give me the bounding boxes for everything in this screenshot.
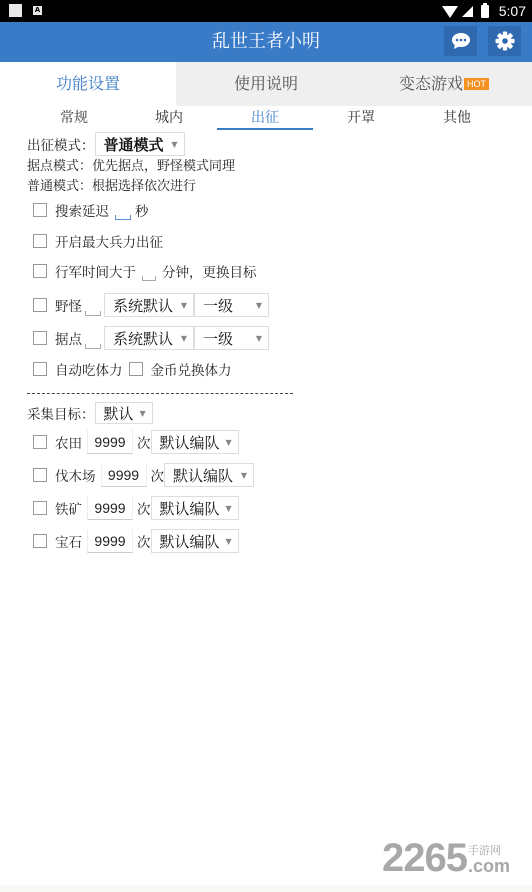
chat-button[interactable]: [444, 26, 477, 56]
stronghold-checkbox[interactable]: [33, 331, 47, 345]
iron-checkbox[interactable]: [33, 501, 47, 515]
gem-team-select[interactable]: 默认编队 ▼: [151, 529, 239, 553]
select-value: 系统默认: [113, 328, 173, 349]
gem-count-input[interactable]: 9999: [87, 529, 133, 553]
select-value: 默认编队: [173, 465, 233, 486]
iron-label: 铁矿: [55, 498, 82, 518]
search-delay-checkbox[interactable]: [33, 203, 47, 217]
section-divider: [27, 393, 293, 394]
march-time-label: 行军时间大于: [55, 261, 136, 281]
monster-checkbox[interactable]: [33, 298, 47, 312]
tab-label: 变态游戏: [399, 74, 463, 93]
notification-square-icon: [9, 4, 22, 17]
status-bar: A 5:07: [0, 0, 532, 22]
stronghold-mode-desc: 据点模式：优先据点，野怪模式同理: [27, 154, 235, 174]
dropdown-arrow-icon: ▼: [241, 471, 247, 480]
normal-mode-desc: 普通模式：根据选择依次进行: [27, 174, 196, 194]
gold-stamina-label: 金币兑换体力: [151, 359, 232, 379]
tab-label: 使用说明: [234, 74, 298, 93]
stronghold-input[interactable]: [85, 344, 101, 349]
chat-bubble-icon: [451, 32, 471, 50]
gold-stamina-checkbox[interactable]: [129, 362, 143, 376]
tab-instructions[interactable]: 使用说明: [176, 62, 356, 106]
main-tabs: 功能设置 使用说明 变态游戏HOT: [0, 62, 532, 106]
max-troops-label: 开启最大兵力出征: [55, 231, 163, 251]
watermark-side: 手游网 .com: [468, 845, 510, 875]
monster-label: 野怪: [55, 295, 82, 315]
gather-item-lumber: 伐木场 9999 次 默认编队 ▼: [33, 462, 254, 488]
iron-team-select[interactable]: 默认编队 ▼: [151, 496, 239, 520]
status-icons: 5:07: [442, 2, 526, 20]
sub-tabs: 常规 城内 出征 开罩 其他: [0, 108, 532, 130]
tab-modded-games[interactable]: 变态游戏HOT: [356, 62, 532, 106]
gem-checkbox[interactable]: [33, 534, 47, 548]
dropdown-arrow-icon: ▼: [140, 409, 146, 418]
subtab-other[interactable]: 其他: [409, 108, 505, 130]
watermark-number: 2265: [382, 838, 467, 878]
gem-label: 宝石: [55, 531, 82, 551]
expedition-mode-select[interactable]: 普通模式 ▼: [95, 132, 185, 156]
max-troops-row: 开启最大兵力出征: [33, 229, 163, 253]
max-troops-checkbox[interactable]: [33, 234, 47, 248]
dropdown-arrow-icon: ▼: [181, 334, 187, 343]
stronghold-label: 据点: [55, 328, 82, 348]
lumber-team-select[interactable]: 默认编队 ▼: [164, 463, 254, 487]
farm-team-select[interactable]: 默认编队 ▼: [151, 430, 239, 454]
subtab-city[interactable]: 城内: [121, 108, 217, 130]
gather-target-row: 采集目标： 默认 ▼: [27, 402, 153, 424]
dropdown-arrow-icon: ▼: [171, 140, 177, 149]
lumber-checkbox[interactable]: [33, 468, 47, 482]
clock: 5:07: [499, 3, 526, 19]
gather-item-farm: 农田 9999 次 默认编队 ▼: [33, 429, 239, 455]
lumber-count-input[interactable]: 9999: [101, 463, 147, 487]
stronghold-level-select[interactable]: 一级 ▼: [194, 326, 269, 350]
hot-badge: HOT: [464, 78, 489, 90]
lumber-label: 伐木场: [55, 465, 96, 485]
dropdown-arrow-icon: ▼: [256, 334, 262, 343]
march-time-input[interactable]: [142, 276, 156, 281]
settings-button[interactable]: [488, 26, 521, 56]
march-time-unit: 分钟，更换目标: [162, 261, 257, 281]
times-unit: 次: [137, 432, 151, 452]
signal-icon: [462, 6, 473, 17]
gather-target-label: 采集目标：: [27, 403, 95, 423]
tab-feature-settings[interactable]: 功能设置: [0, 62, 176, 106]
iron-count-input[interactable]: 9999: [87, 496, 133, 520]
select-value: 一级: [203, 328, 233, 349]
auto-stamina-label: 自动吃体力: [55, 359, 123, 379]
select-value: 系统默认: [113, 295, 173, 316]
select-value: 默认编队: [160, 432, 220, 453]
march-time-row: 行军时间大于 分钟，更换目标: [33, 259, 257, 283]
farm-checkbox[interactable]: [33, 435, 47, 449]
times-unit: 次: [137, 498, 151, 518]
monster-type-select[interactable]: 系统默认 ▼: [104, 293, 194, 317]
monster-row: 野怪 系统默认 ▼ 一级 ▼: [33, 292, 269, 318]
dropdown-arrow-icon: ▼: [181, 301, 187, 310]
wifi-icon: [442, 6, 458, 18]
gather-item-gem: 宝石 9999 次 默认编队 ▼: [33, 528, 239, 554]
march-time-checkbox[interactable]: [33, 264, 47, 278]
select-value: 一级: [203, 295, 233, 316]
select-value: 默认: [104, 403, 134, 424]
dropdown-arrow-icon: ▼: [226, 438, 232, 447]
select-value: 默认编队: [160, 531, 220, 552]
select-value: 普通模式: [104, 134, 164, 155]
stronghold-type-select[interactable]: 系统默认 ▼: [104, 326, 194, 350]
auto-stamina-checkbox[interactable]: [33, 362, 47, 376]
farm-count-input[interactable]: 9999: [87, 430, 133, 454]
a-notification-icon: A: [33, 6, 42, 15]
expedition-mode-label: 出征模式：: [27, 134, 95, 154]
watermark-domain: .com: [468, 857, 510, 875]
expedition-mode-row: 出征模式： 普通模式 ▼: [27, 132, 185, 156]
gather-item-iron: 铁矿 9999 次 默认编队 ▼: [33, 495, 239, 521]
search-delay-row: 搜索延迟 秒: [33, 198, 149, 222]
gear-icon: [495, 31, 515, 51]
gather-target-select[interactable]: 默认 ▼: [95, 402, 153, 424]
times-unit: 次: [151, 465, 165, 485]
subtab-expedition[interactable]: 出征: [217, 108, 313, 130]
tab-label: 功能设置: [56, 74, 120, 93]
search-delay-unit: 秒: [135, 200, 149, 220]
watermark-logo: 2265 手游网 .com: [382, 838, 510, 878]
stronghold-row: 据点 系统默认 ▼ 一级 ▼: [33, 325, 269, 351]
select-value: 默认编队: [160, 498, 220, 519]
farm-label: 农田: [55, 432, 82, 452]
dropdown-arrow-icon: ▼: [226, 537, 232, 546]
app-bar: 乱世王者小明: [0, 22, 532, 62]
search-delay-label: 搜索延迟: [55, 200, 109, 220]
subtab-shield[interactable]: 开罩: [313, 108, 409, 130]
bottom-strip: [0, 885, 532, 892]
dropdown-arrow-icon: ▼: [256, 301, 262, 310]
dropdown-arrow-icon: ▼: [226, 504, 232, 513]
monster-level-select[interactable]: 一级 ▼: [194, 293, 269, 317]
monster-input[interactable]: [85, 311, 101, 316]
subtab-general[interactable]: 常规: [26, 108, 122, 130]
times-unit: 次: [137, 531, 151, 551]
stamina-row: 自动吃体力 金币兑换体力: [33, 357, 232, 381]
battery-icon: [481, 5, 489, 18]
search-delay-input[interactable]: [115, 215, 131, 220]
